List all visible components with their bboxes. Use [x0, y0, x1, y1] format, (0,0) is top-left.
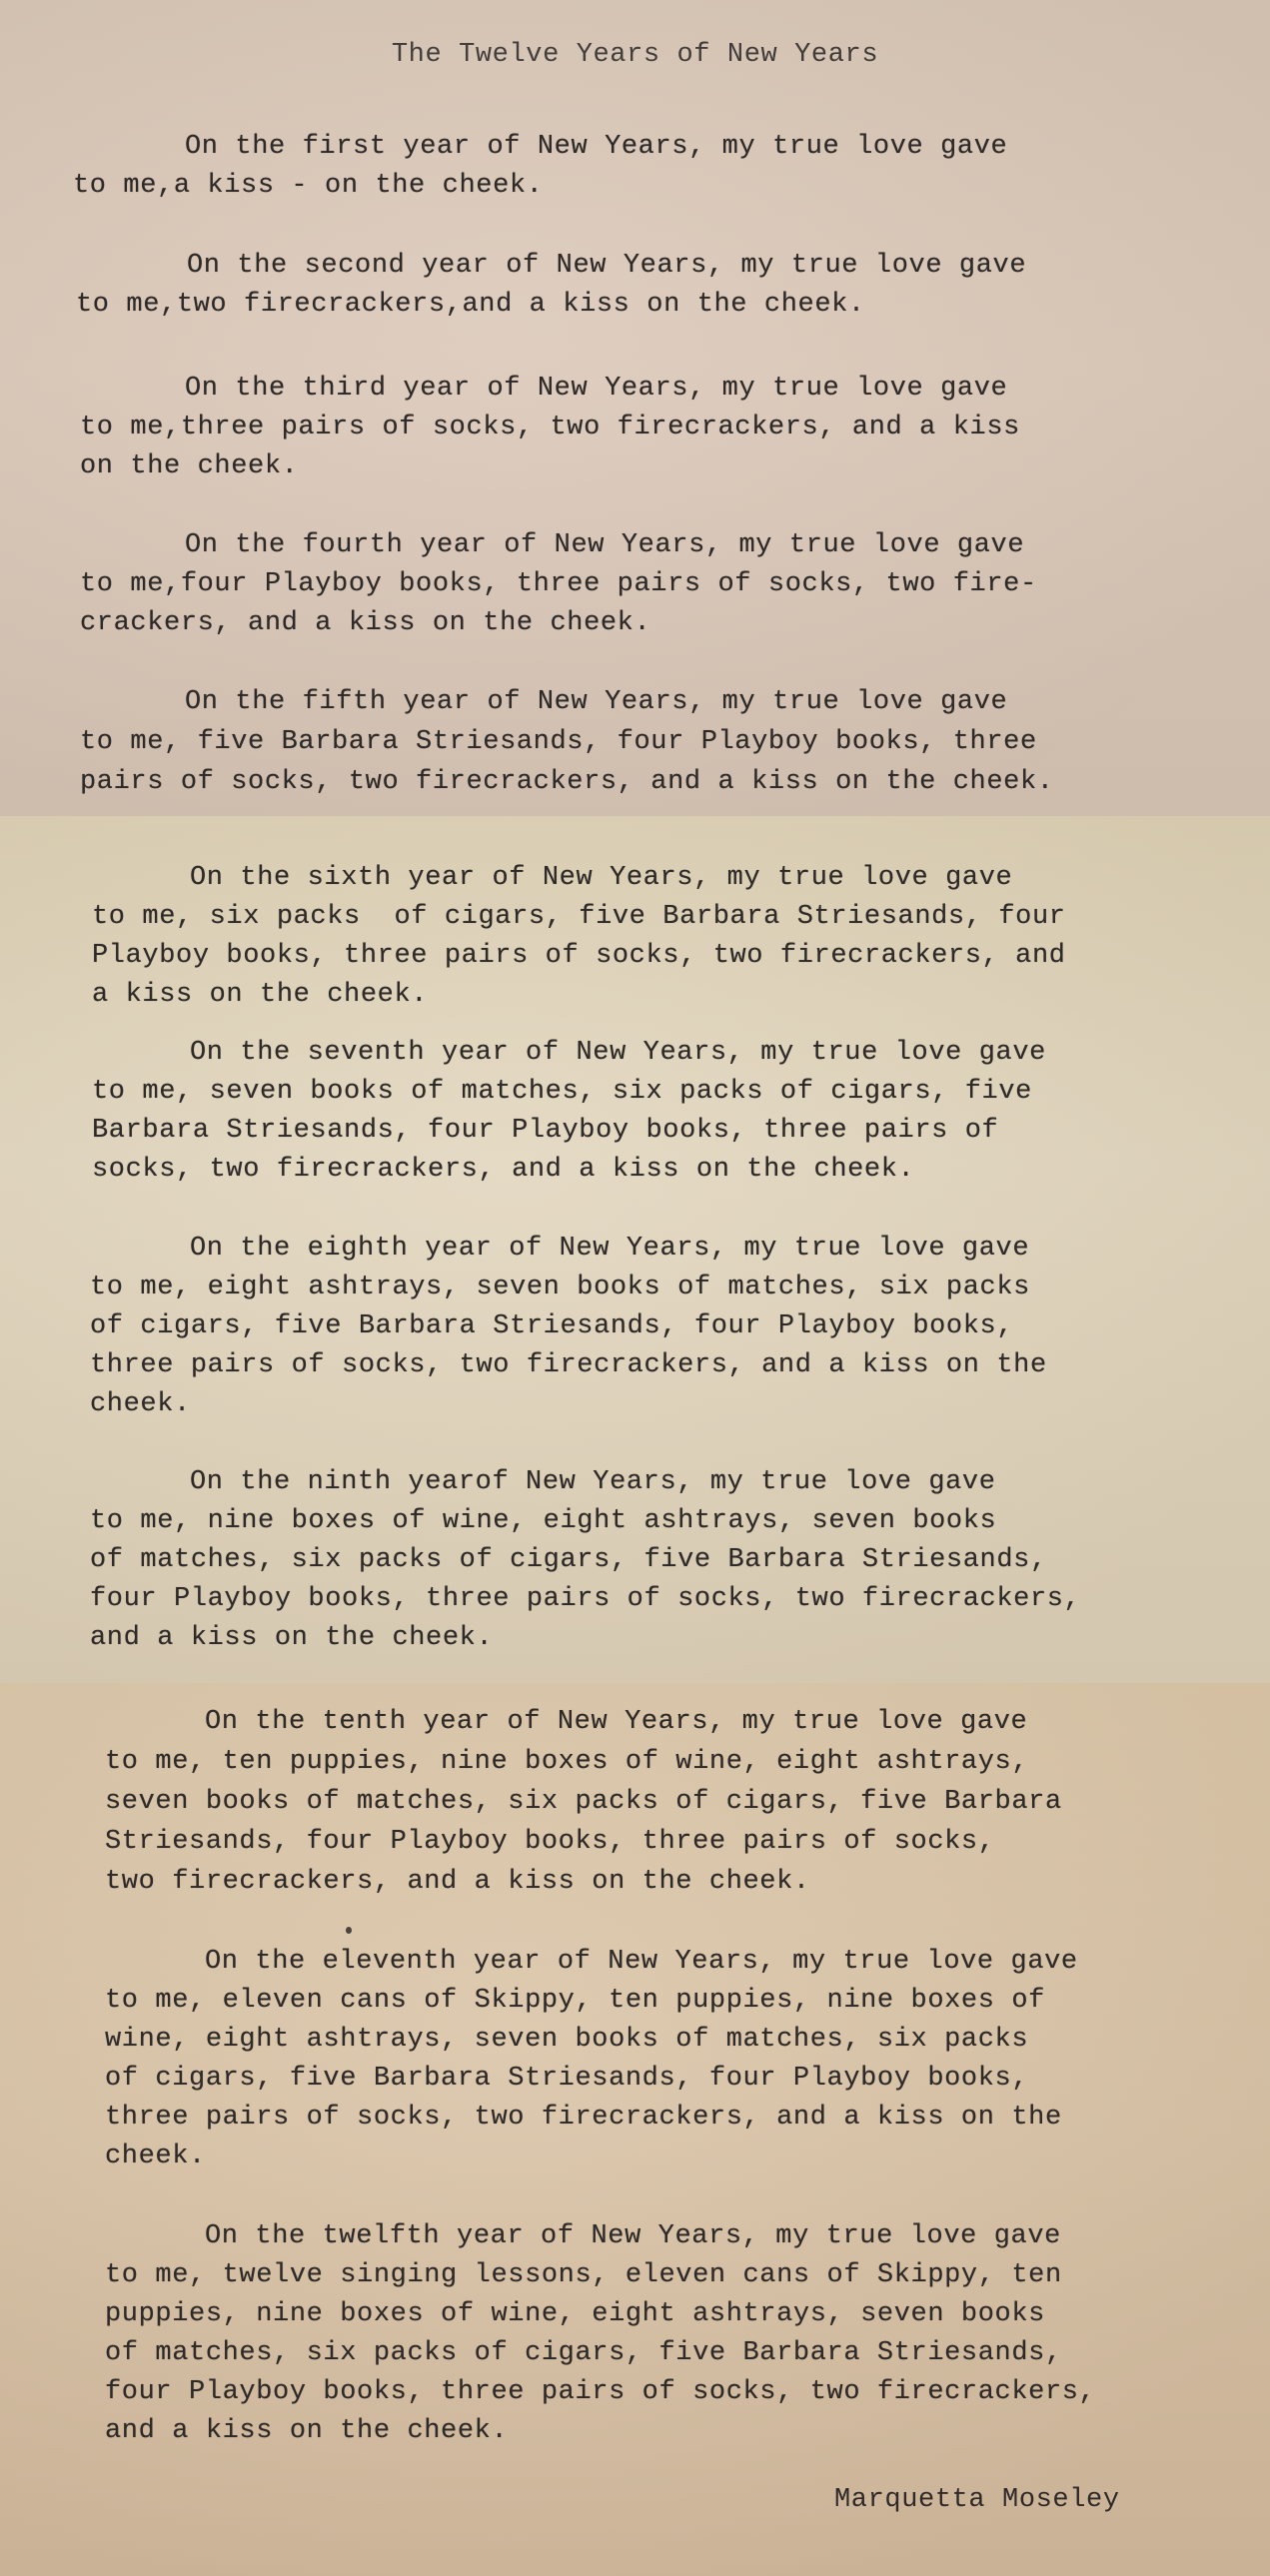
- stanza-line: on the cheek.: [80, 447, 298, 486]
- stanza-line: to me,two firecrackers,and a kiss on the…: [76, 286, 865, 325]
- stanza-line: of matches, six packs of cigars, five Ba…: [90, 1541, 1047, 1580]
- stanza-opening-line: On the eighth year of New Years, my true…: [190, 1230, 1029, 1269]
- stanza-line: pairs of socks, two firecrackers, and a …: [80, 763, 1054, 802]
- stanza-opening-line: On the first year of New Years, my true …: [185, 128, 1007, 167]
- stanza-opening-line: On the eleventh year of New Years, my tr…: [205, 1943, 1078, 1982]
- stanza-line: two firecrackers, and a kiss on the chee…: [105, 1863, 810, 1902]
- stanza-line: cheek.: [90, 1385, 191, 1424]
- stanza-opening-line: On the second year of New Years, my true…: [187, 247, 1026, 286]
- stanza-line: seven books of matches, six packs of cig…: [105, 1783, 1062, 1822]
- stanza-opening-line: On the third year of New Years, my true …: [185, 370, 1007, 409]
- stanza-line: to me, eleven cans of Skippy, ten puppie…: [105, 1982, 1045, 2021]
- stanza-line: of matches, six packs of cigars, five Ba…: [105, 2334, 1062, 2373]
- stanza-line: to me, eight ashtrays, seven books of ma…: [90, 1269, 1030, 1307]
- stanza-line: three pairs of socks, two firecrackers, …: [90, 1346, 1047, 1385]
- stanza-line: Barbara Striesands, four Playboy books, …: [92, 1112, 998, 1151]
- stanza-line: to me,four Playboy books, three pairs of…: [80, 565, 1037, 604]
- stanza-line: a kiss on the cheek.: [92, 976, 428, 1015]
- stanza-line: to me, nine boxes of wine, eight ashtray…: [90, 1502, 996, 1541]
- stanza-line: four Playboy books, three pairs of socks…: [105, 2373, 1095, 2412]
- stanza-opening-line: On the sixth year of New Years, my true …: [190, 859, 1012, 898]
- stanza-line: to me, seven books of matches, six packs…: [92, 1073, 1032, 1112]
- stanza-opening-line: On the tenth year of New Years, my true …: [205, 1703, 1027, 1742]
- stanza-line: to me, twelve singing lessons, eleven ca…: [105, 2256, 1062, 2295]
- stanza-line: puppies, nine boxes of wine, eight ashtr…: [105, 2295, 1045, 2334]
- stanza-opening-line: On the seventh year of New Years, my tru…: [190, 1034, 1046, 1073]
- stanza-line: to me,three pairs of socks, two firecrac…: [80, 409, 1020, 447]
- ink-speck: [346, 1927, 352, 1934]
- stanza-line: and a kiss on the cheek.: [90, 1619, 493, 1658]
- author-signature: Marquetta Moseley: [834, 2485, 1120, 2515]
- stanza-line: crackers, and a kiss on the cheek.: [80, 604, 650, 643]
- stanza-line: wine, eight ashtrays, seven books of mat…: [105, 2021, 1028, 2060]
- document-title: The Twelve Years of New Years: [0, 40, 1270, 70]
- stanza-opening-line: On the twelfth year of New Years, my tru…: [205, 2217, 1061, 2256]
- stanza-line: to me, ten puppies, nine boxes of wine, …: [105, 1743, 1028, 1782]
- stanza-line: to me,a kiss - on the cheek.: [73, 167, 543, 206]
- stanza-line: three pairs of socks, two firecrackers, …: [105, 2099, 1062, 2138]
- stanza-line: socks, two firecrackers, and a kiss on t…: [92, 1151, 914, 1190]
- stanza-line: to me, five Barbara Striesands, four Pla…: [80, 723, 1037, 762]
- stanza-line: of cigars, five Barbara Striesands, four…: [90, 1307, 1013, 1346]
- stanza-line: Playboy books, three pairs of socks, two…: [92, 937, 1066, 976]
- stanza-opening-line: On the ninth yearof New Years, my true l…: [190, 1463, 996, 1502]
- stanza-line: cheek.: [105, 2138, 206, 2176]
- stanza-line: to me, six packs of cigars, five Barbara…: [92, 898, 1066, 937]
- stanza-line: Striesands, four Playboy books, three pa…: [105, 1823, 995, 1862]
- stanza-line: of cigars, five Barbara Striesands, four…: [105, 2060, 1028, 2099]
- stanza-line: and a kiss on the cheek.: [105, 2412, 508, 2451]
- stanza-opening-line: On the fifth year of New Years, my true …: [185, 683, 1007, 722]
- stanza-line: four Playboy books, three pairs of socks…: [90, 1580, 1080, 1619]
- stanza-opening-line: On the fourth year of New Years, my true…: [185, 526, 1024, 565]
